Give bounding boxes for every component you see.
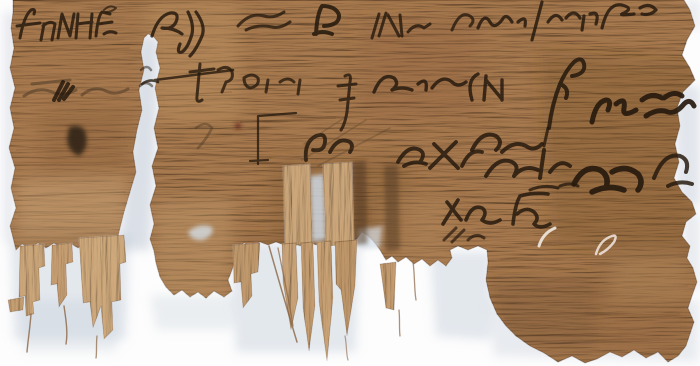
red-speck [235,123,241,129]
dark-tear-edge-streak [384,164,400,252]
loose-fiber [399,310,400,336]
loose-fiber [96,336,97,358]
papyrus-photograph [0,0,700,366]
bottom-strip-hook [8,297,24,312]
right-block-light-patch [610,252,690,304]
mid-block-under-shadow [150,295,236,330]
bottom-center-gap-shadow [430,252,492,340]
peeled-strip-left [283,164,312,246]
peeled-strip-right [323,162,354,246]
dark-tear-edge-streak [352,160,368,246]
papyrus-fragment-image [0,0,700,366]
top-middle-dark [360,16,480,124]
